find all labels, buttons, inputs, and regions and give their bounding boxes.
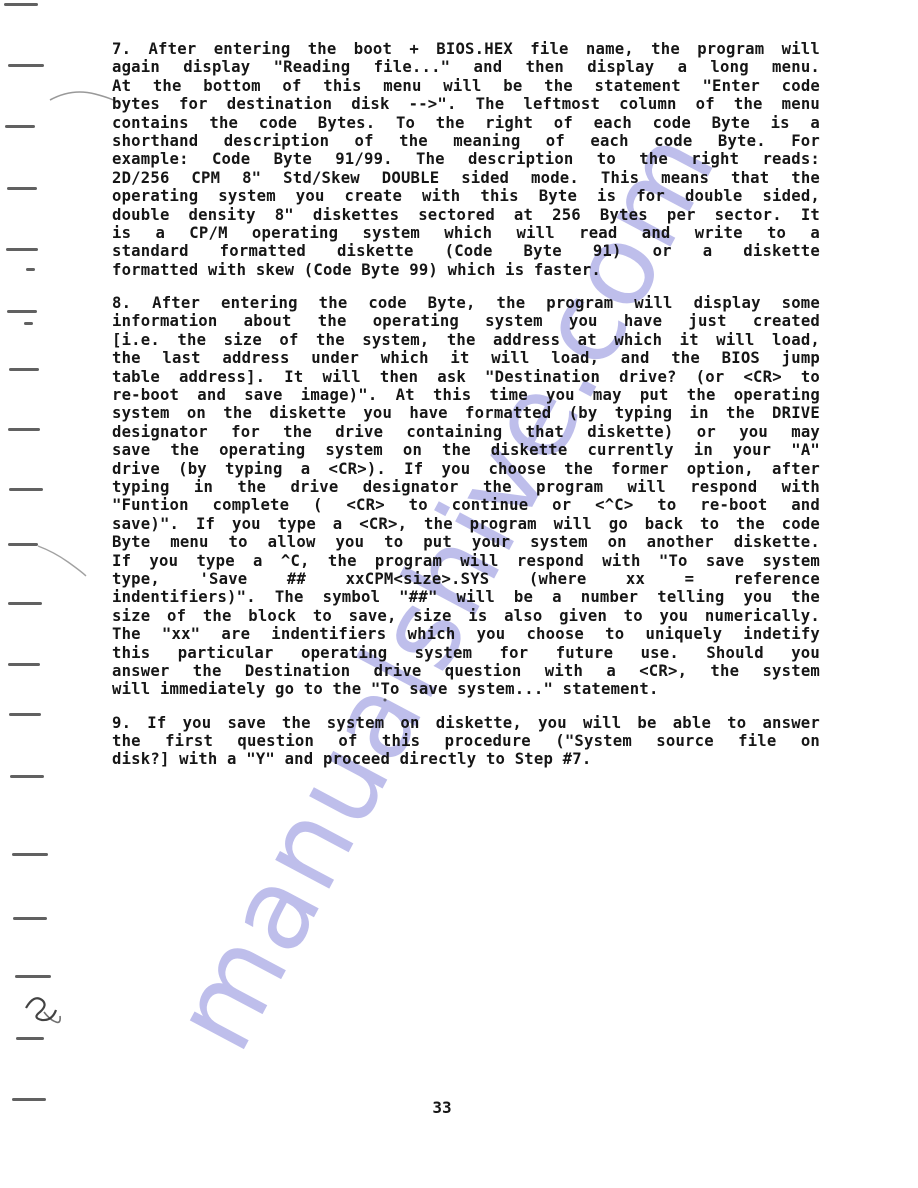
text-line: answer the Destination drive question wi… (112, 662, 820, 680)
page-number: 33 (420, 1098, 464, 1117)
text-line: again display "Reading file..." and then… (112, 58, 820, 76)
text-line: system on the diskette you have formatte… (112, 404, 820, 422)
text-line: drive (by typing a <CR>). If you choose … (112, 460, 820, 478)
text-line: indentifiers)". The symbol "##" will be … (112, 588, 820, 606)
text-line: "Funtion complete ( <CR> to continue or … (112, 496, 820, 514)
paragraph-9: 9. If you save the system on diskette, y… (112, 714, 820, 769)
text-line: table address]. It will then ask "Destin… (112, 368, 820, 386)
text-line: 7. After entering the boot + BIOS.HEX fi… (112, 40, 820, 58)
text-line: shorthand description of the meaning of … (112, 132, 820, 150)
text-line: example: Code Byte 91/99. The descriptio… (112, 150, 820, 168)
text-line: save)". If you type a <CR>, the program … (112, 515, 820, 533)
text-line: [i.e. the size of the system, the addres… (112, 331, 820, 349)
text-line: the last address under which it will loa… (112, 349, 820, 367)
text-line: this particular operating system for fut… (112, 644, 820, 662)
text-line: operating system you create with this By… (112, 187, 820, 205)
text-line: type, 'Save ## xxCPM<size>.SYS (where xx… (112, 570, 820, 588)
text-line: standard formatted diskette (Code Byte 9… (112, 242, 820, 260)
text-line: double density 8" diskettes sectored at … (112, 206, 820, 224)
paragraph-7: 7. After entering the boot + BIOS.HEX fi… (112, 40, 820, 279)
text-line: 8. After entering the code Byte, the pro… (112, 294, 820, 312)
text-line: 2D/256 CPM 8" Std/Skew DOUBLE sided mode… (112, 169, 820, 187)
text-line: At the bottom of this menu will be the s… (112, 77, 820, 95)
text-line: 9. If you save the system on diskette, y… (112, 714, 820, 732)
text-line: contains the code Bytes. To the right of… (112, 114, 820, 132)
text-line: is a CP/M operating system which will re… (112, 224, 820, 242)
text-line: formatted with skew (Code Byte 99) which… (112, 261, 820, 279)
text-line: re-boot and save image)". At this time y… (112, 386, 820, 404)
text-line: size of the block to save, size is also … (112, 607, 820, 625)
scanned-manual-page: manualshive.com 7. After entering the bo… (0, 0, 918, 1188)
text-line: information about the operating system y… (112, 312, 820, 330)
body-text: 7. After entering the boot + BIOS.HEX fi… (112, 40, 820, 784)
text-line: will immediately go to the "To save syst… (112, 680, 820, 698)
text-line: typing in the drive designator the progr… (112, 478, 820, 496)
text-line: disk?] with a "Y" and proceed directly t… (112, 750, 820, 768)
text-line: designator for the drive containing that… (112, 423, 820, 441)
text-line: Byte menu to allow you to put your syste… (112, 533, 820, 551)
text-line: bytes for destination disk -->". The lef… (112, 95, 820, 113)
text-line: save the operating system on the diskett… (112, 441, 820, 459)
text-line: If you type a ^C, the program will respo… (112, 552, 820, 570)
paragraph-8: 8. After entering the code Byte, the pro… (112, 294, 820, 699)
text-line: the first question of this procedure ("S… (112, 732, 820, 750)
text-line: The "xx" are indentifiers which you choo… (112, 625, 820, 643)
